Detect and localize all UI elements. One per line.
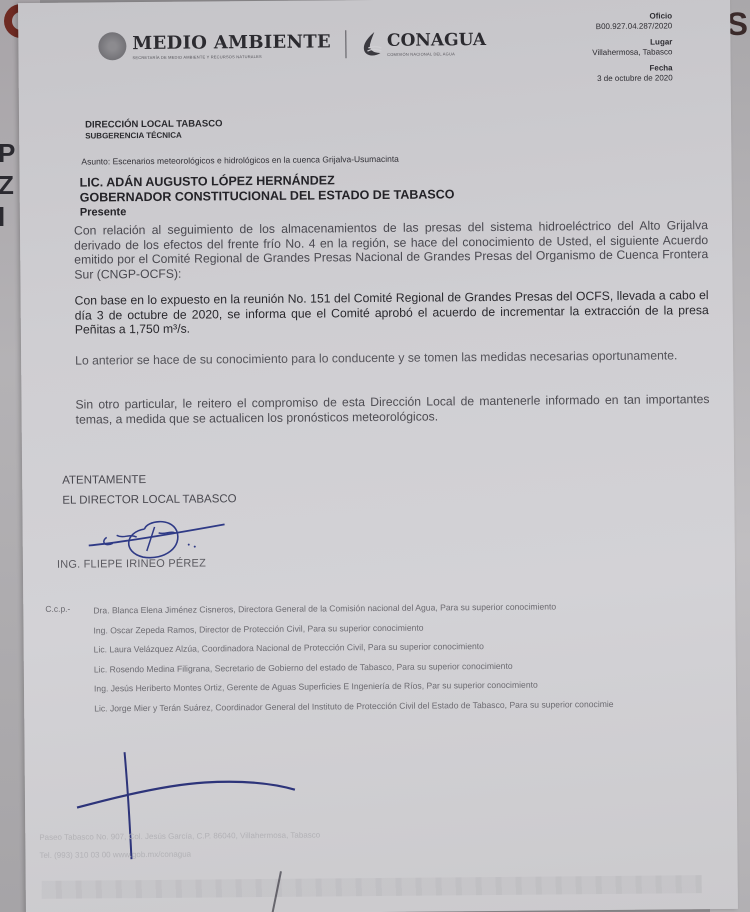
letter-footer: Paseo Tabasco No. 907, Col. Jesús García… <box>39 827 320 865</box>
footer-address: Paseo Tabasco No. 907, Col. Jesús García… <box>39 827 320 847</box>
medio-ambiente-subtitle: SECRETARÍA DE MEDIO AMBIENTE Y RECURSOS … <box>132 53 331 60</box>
background-letter: Z <box>0 170 14 201</box>
closing-block: ATENTAMENTE EL DIRECTOR LOCAL TABASCO <box>62 469 237 511</box>
body-paragraph: Lo anterior se hace de su conocimiento p… <box>75 348 709 368</box>
conagua-drop-icon <box>360 31 382 57</box>
lugar-label: Lugar <box>592 37 672 48</box>
addressee-block: LIC. ADÁN AUGUSTO LÓPEZ HERNÁNDEZ GOBERN… <box>80 172 455 220</box>
salutation: ATENTAMENTE <box>62 469 236 491</box>
oficio-label: Oficio <box>592 11 672 22</box>
body-paragraph: Sin otro particular, le reitero el compr… <box>75 392 709 427</box>
body-paragraph: Con relación al seguimiento de los almac… <box>74 218 708 282</box>
sub-office-name: SUBGERENCIA TÉCNICA <box>85 129 222 141</box>
ccp-recipient: Lic. Jorge Mier y Terán Suárez, Coordina… <box>94 694 614 718</box>
national-seal-icon <box>98 32 126 60</box>
ccp-recipient-list: Dra. Blanca Elena Jiménez Cisneros, Dire… <box>93 597 613 719</box>
signer-name: ING. FLIEPE IRINEO PÉREZ <box>57 557 206 570</box>
footer-contact: Tel. (993) 310 03 00 www.gob.mx/conagua <box>39 845 320 865</box>
fecha-label: Fecha <box>592 63 672 74</box>
sender-office: DIRECCIÓN LOCAL TABASCO SUBGERENCIA TÉCN… <box>85 118 223 141</box>
oficio-number: B00.927.04.287/2020 <box>592 21 672 32</box>
medio-ambiente-logo: MEDIO AMBIENTE SECRETARÍA DE MEDIO AMBIE… <box>132 31 331 60</box>
fecha-value: 3 de octubre de 2020 <box>592 73 672 84</box>
conagua-wordmark: CONAGUA <box>387 30 486 51</box>
logo-divider <box>345 30 346 58</box>
conagua-subtitle: COMISIÓN NACIONAL DEL AGUA <box>387 51 486 57</box>
letterhead: MEDIO AMBIENTE SECRETARÍA DE MEDIO AMBIE… <box>98 29 486 60</box>
office-name: DIRECCIÓN LOCAL TABASCO <box>85 118 222 130</box>
footer-decorative-band <box>42 875 702 899</box>
ccp-label: C.c.p.- <box>45 604 70 614</box>
lugar-value: Villahermosa, Tabasco <box>592 47 672 58</box>
background-letter: P <box>0 138 15 169</box>
medio-ambiente-wordmark: MEDIO AMBIENTE <box>132 31 331 54</box>
official-letter: MEDIO AMBIENTE SECRETARÍA DE MEDIO AMBIE… <box>18 0 738 912</box>
subject-line: Asunto: Escenarios meteorológicos e hidr… <box>81 154 399 167</box>
document-meta: Oficio B00.927.04.287/2020 Lugar Villahe… <box>592 11 673 90</box>
body-paragraph: Con base en lo expuesto en la reunión No… <box>75 288 709 337</box>
background-letter: l <box>0 202 5 233</box>
conagua-logo: CONAGUA COMISIÓN NACIONAL DEL AGUA <box>387 30 486 57</box>
